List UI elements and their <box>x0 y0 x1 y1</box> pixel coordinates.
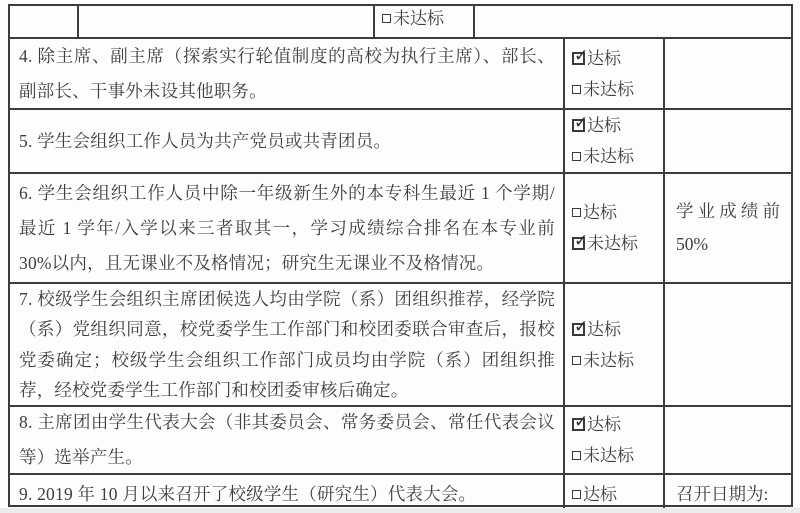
checkbox-label: 未达标 <box>583 147 634 166</box>
checkbox-option-pass[interactable]: 达标 <box>572 415 663 434</box>
checkbox-label: 达标 <box>583 485 617 504</box>
checkbox-label: 达标 <box>587 116 621 135</box>
status-cell: 达标 未达标 <box>565 110 665 172</box>
checkbox-label: 达标 <box>587 320 621 339</box>
status-cell: 达标 未达标 <box>565 284 665 405</box>
note-cell <box>475 6 791 37</box>
status-cell: 达标 未达标 <box>565 174 665 282</box>
criteria-cell: 8. 主席团由学生代表大会（非其委员会、常务委员会、常任代表会议等）选举产生。 <box>10 407 565 473</box>
checkbox-option-fail[interactable]: 未达标 <box>572 234 663 253</box>
table-row: 4. 除主席、副主席（探索实行轮值制度的高校为执行主席）、部长、副部长、干事外未… <box>10 39 791 110</box>
criteria-text: 9. 2019 年 10 月以来召开了校级学生（研究生）代表大会。 <box>19 477 555 512</box>
checkbox-icon <box>382 14 391 23</box>
checkbox-checked-icon <box>572 52 585 65</box>
criteria-cell: 4. 除主席、副主席（探索实行轮值制度的高校为执行主席）、部长、副部长、干事外未… <box>10 39 565 108</box>
note-text: 学业成绩前 50% <box>676 195 780 261</box>
status-cell: 达标 未达标 <box>565 39 665 108</box>
criteria-text: 5. 学生会组织工作人员为共产党员或共青团员。 <box>19 124 555 159</box>
table-row: 7. 校级学生会组织主席团候选人均由学院（系）团组织推荐，经学院（系）党组织同意… <box>10 284 791 407</box>
note-text: 召开日期为: <box>676 478 780 511</box>
category-cell <box>10 6 79 37</box>
checkbox-label: 未达标 <box>583 446 634 465</box>
criteria-cell <box>79 6 375 37</box>
checkbox-label: 达标 <box>587 49 621 68</box>
criteria-text: 7. 校级学生会组织主席团候选人均由学院（系）团组织推荐，经学院（系）党组织同意… <box>19 284 555 406</box>
status-cell: 达标 未达标 <box>565 407 665 473</box>
checkbox-option-fail[interactable]: 未达标 <box>572 351 663 370</box>
checkbox-icon <box>572 490 581 499</box>
checkbox-option-fail[interactable]: 未达标 <box>572 147 663 166</box>
checkbox-option-fail[interactable]: 未达标 <box>382 9 473 28</box>
note-cell <box>665 39 791 108</box>
checkbox-option-fail[interactable]: 未达标 <box>572 446 663 465</box>
table-row: 6. 学生会组织工作人员中除一年级新生外的本专科生最近 1 个学期/最近 1 学… <box>10 174 791 284</box>
note-cell <box>665 284 791 405</box>
criteria-text: 8. 主席团由学生代表大会（非其委员会、常务委员会、常任代表会议等）选举产生。 <box>19 405 555 475</box>
checkbox-icon <box>572 451 581 460</box>
checkbox-option-fail[interactable]: 未达标 <box>572 80 663 99</box>
note-cell <box>665 407 791 473</box>
checkbox-label: 未达标 <box>583 80 634 99</box>
criteria-cell: 6. 学生会组织工作人员中除一年级新生外的本专科生最近 1 个学期/最近 1 学… <box>10 174 565 282</box>
table-row: 未达标 <box>10 6 791 39</box>
checkbox-option-pass[interactable]: 达标 <box>572 203 663 222</box>
scan-edge-artifact <box>0 508 800 513</box>
checkbox-option-pass[interactable]: 达标 <box>572 116 663 135</box>
checkbox-label: 达标 <box>583 203 617 222</box>
checkbox-icon <box>572 208 581 217</box>
checkbox-checked-icon <box>572 418 585 431</box>
status-cell: 未达标 <box>375 6 475 37</box>
checkbox-option-pass[interactable]: 达标 <box>572 485 663 504</box>
note-cell <box>665 110 791 172</box>
note-cell: 学业成绩前 50% <box>665 174 791 282</box>
table-row: 8. 主席团由学生代表大会（非其委员会、常务委员会、常任代表会议等）选举产生。 … <box>10 407 791 475</box>
checkbox-label: 未达标 <box>583 351 634 370</box>
table-row: 5. 学生会组织工作人员为共产党员或共青团员。 达标 未达标 <box>10 110 791 174</box>
checkbox-checked-icon <box>572 237 585 250</box>
criteria-text: 4. 除主席、副主席（探索实行轮值制度的高校为执行主席）、部长、副部长、干事外未… <box>19 39 555 109</box>
criteria-text: 6. 学生会组织工作人员中除一年级新生外的本专科生最近 1 个学期/最近 1 学… <box>19 176 555 281</box>
checkbox-label: 未达标 <box>393 9 444 28</box>
checkbox-icon <box>572 356 581 365</box>
checkbox-label: 达标 <box>587 415 621 434</box>
checkbox-option-pass[interactable]: 达标 <box>572 320 663 339</box>
checklist-table: 未达标 4. 除主席、副主席（探索实行轮值制度的高校为执行主席）、部长、副部长、… <box>8 4 793 507</box>
criteria-cell: 5. 学生会组织工作人员为共产党员或共青团员。 <box>10 110 565 172</box>
scanned-document-page: 未达标 4. 除主席、副主席（探索实行轮值制度的高校为执行主席）、部长、副部长、… <box>0 0 800 513</box>
checkbox-icon <box>572 152 581 161</box>
criteria-cell: 7. 校级学生会组织主席团候选人均由学院（系）团组织推荐，经学院（系）党组织同意… <box>10 284 565 405</box>
checkbox-icon <box>572 85 581 94</box>
checkbox-option-pass[interactable]: 达标 <box>572 49 663 68</box>
checkbox-checked-icon <box>572 119 585 132</box>
checkbox-checked-icon <box>572 323 585 336</box>
checkbox-label: 未达标 <box>587 234 638 253</box>
